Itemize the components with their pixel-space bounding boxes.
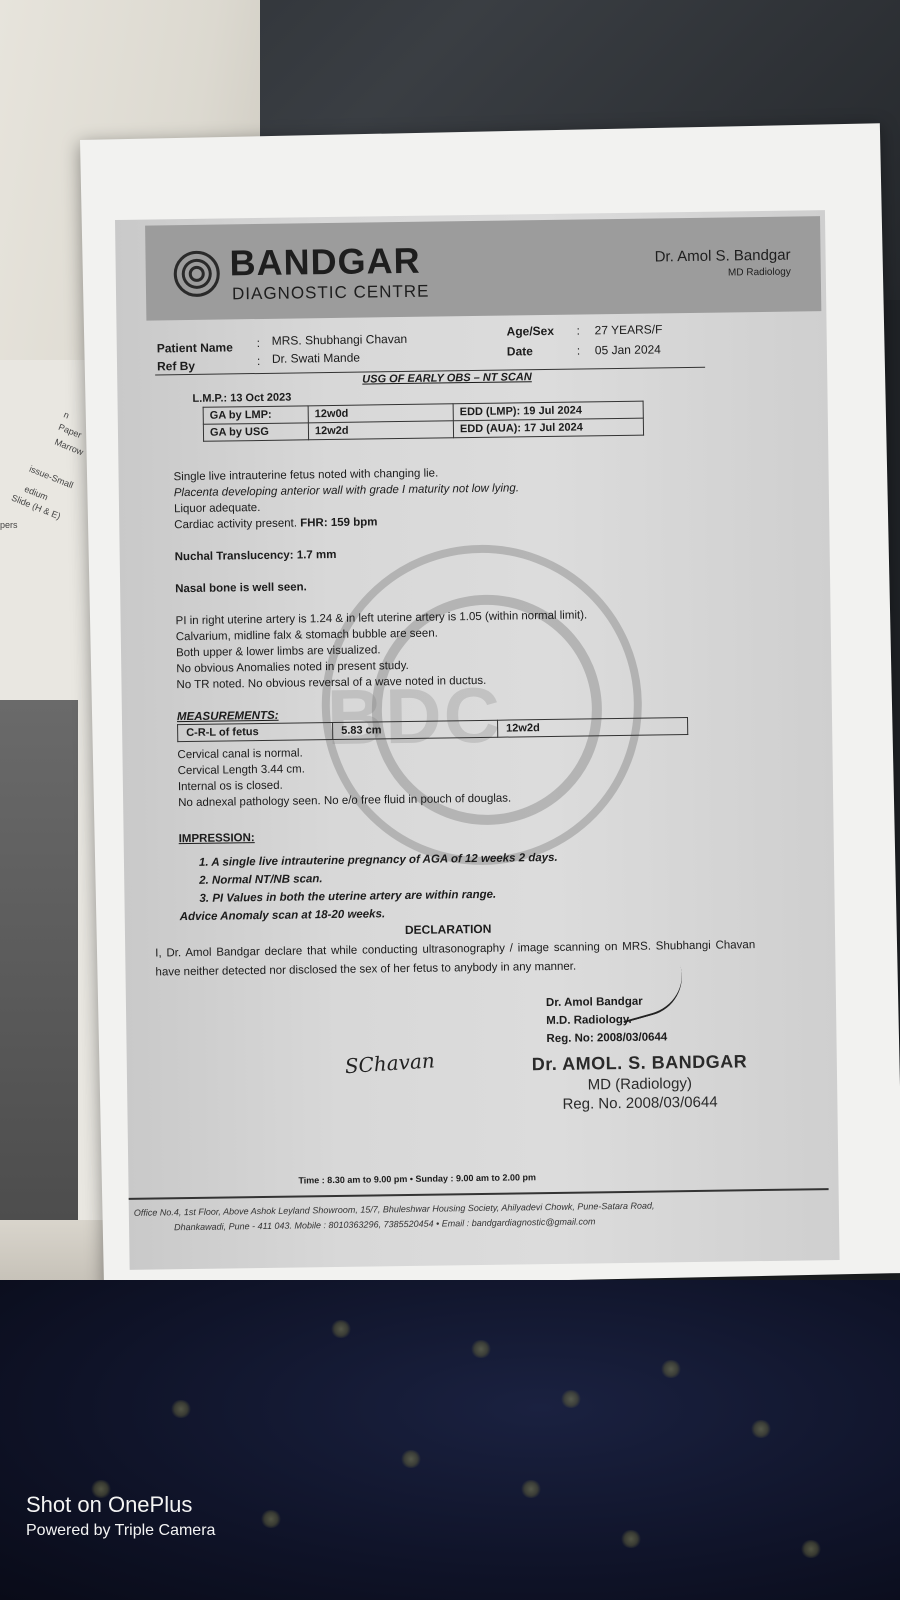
age-sex-value: 27 YEARS/F xyxy=(594,322,662,337)
logo-icon xyxy=(173,251,220,298)
nt-label: Nuchal Translucency: xyxy=(175,549,297,563)
ga-usg-label: GA by USG xyxy=(203,423,308,441)
stamp-name: Dr. AMOL. S. BANDGAR xyxy=(532,1051,748,1075)
doctor-stamp: Dr. AMOL. S. BANDGAR MD (Radiology) Reg.… xyxy=(532,1051,748,1113)
finding-placenta: Placenta developing anterior wall with g… xyxy=(174,482,519,499)
advice: Advice Anomaly scan at 18-20 weeks. xyxy=(180,908,386,923)
date-value: 05 Jan 2024 xyxy=(595,342,661,357)
internal-os: Internal os is closed. xyxy=(178,778,283,795)
age-sex-label: Age/Sex xyxy=(506,324,554,339)
camera-watermark-line1: Shot on OnePlus xyxy=(26,1492,215,1518)
footer-timings: Time : 8.30 am to 9.00 pm • Sunday : 9.0… xyxy=(298,1172,536,1185)
finding-liquor: Liquor adequate. xyxy=(174,500,261,517)
adnexa: No adnexal pathology seen. No e/o free f… xyxy=(178,791,511,812)
report-title: USG OF EARLY OBS – NT SCAN xyxy=(362,371,532,385)
crl-ga: 12w2d xyxy=(498,718,688,738)
measurements-heading: MEASUREMENTS: xyxy=(177,710,279,723)
patient-signature: SChavan xyxy=(344,1048,435,1078)
ga-usg-value: 12w2d xyxy=(308,421,453,440)
ref-by-value: Dr. Swati Mande xyxy=(272,351,360,366)
finding-cardiac: Cardiac activity present. xyxy=(174,517,300,531)
bg-fragment: Marrow xyxy=(53,437,85,458)
signatory-reg: Reg. No: 2008/03/0644 xyxy=(546,1028,667,1048)
stamp-degree: MD (Radiology) xyxy=(532,1074,748,1094)
impression-list: 1. A single live intrauterine pregnancy … xyxy=(199,849,558,908)
signatory-block: Dr. Amol Bandgar M.D. Radiology. Reg. No… xyxy=(546,992,668,1048)
ref-by-sep: : xyxy=(257,354,261,368)
fhr-value: FHR: 159 bpm xyxy=(300,516,377,529)
patient-name-sep: : xyxy=(257,336,261,350)
camera-watermark-line2: Powered by Triple Camera xyxy=(26,1522,215,1540)
signatory-degree: M.D. Radiology. xyxy=(546,1010,667,1030)
centre-name: BANDGAR xyxy=(229,240,421,285)
cervical-length: Cervical Length 3.44 cm. xyxy=(178,761,305,779)
ultrasound-report: BANDGAR DIAGNOSTIC CENTRE Dr. Amol S. Ba… xyxy=(115,210,840,1270)
gestational-age-table: GA by LMP: 12w0d EDD (LMP): 19 Jul 2024 … xyxy=(203,401,644,442)
impression-heading: IMPRESSION: xyxy=(179,832,255,845)
signatory-name: Dr. Amol Bandgar xyxy=(546,992,667,1012)
cervical-canal: Cervical canal is normal. xyxy=(177,745,302,763)
patient-name-value: MRS. Shubhangi Chavan xyxy=(272,332,408,348)
date-sep: : xyxy=(577,344,581,358)
letterhead: BANDGAR DIAGNOSTIC CENTRE Dr. Amol S. Ba… xyxy=(145,216,821,320)
ga-lmp-value: 12w0d xyxy=(308,404,453,423)
age-sex-sep: : xyxy=(576,324,580,338)
impression-item: 3. PI Values in both the uterine artery … xyxy=(199,885,558,908)
header-doctor-name: Dr. Amol S. Bandgar xyxy=(655,247,791,266)
nt-value: 1.7 mm xyxy=(297,549,337,562)
watermark-ring-icon xyxy=(320,543,644,867)
declaration-heading: DECLARATION xyxy=(405,922,492,937)
camera-watermark: Shot on OnePlus Powered by Triple Camera xyxy=(26,1492,215,1540)
crl-value: 5.83 cm xyxy=(333,720,498,739)
date-label: Date xyxy=(507,344,533,358)
bg-fragment: pers xyxy=(0,520,18,530)
patient-name-label: Patient Name xyxy=(157,340,233,355)
header-doctor-degree: MD Radiology xyxy=(728,267,791,279)
lmp-date: L.M.P.: 13 Oct 2023 xyxy=(192,392,291,405)
centre-subtitle: DIAGNOSTIC CENTRE xyxy=(232,282,430,305)
edd-aua: EDD (AUA): 17 Jul 2024 xyxy=(453,418,643,438)
ga-lmp-label: GA by LMP: xyxy=(203,406,308,424)
bg-fragment: n xyxy=(62,409,70,420)
finding-nasal-bone: Nasal bone is well seen. xyxy=(175,581,307,595)
finding-tr: No TR noted. No obvious reversal of a wa… xyxy=(176,673,486,693)
ref-by-label: Ref By xyxy=(157,359,195,374)
footer-address: Office No.4, 1st Floor, Above Ashok Leyl… xyxy=(134,1196,834,1236)
crl-label: C-R-L of fetus xyxy=(178,723,333,742)
background-fabric xyxy=(0,1280,900,1600)
finding-calvarium: Calvarium, midline falx & stomach bubble… xyxy=(176,626,438,646)
stamp-reg: Reg. No. 2008/03/0644 xyxy=(532,1093,748,1113)
background-dark-sheet xyxy=(0,700,78,1220)
